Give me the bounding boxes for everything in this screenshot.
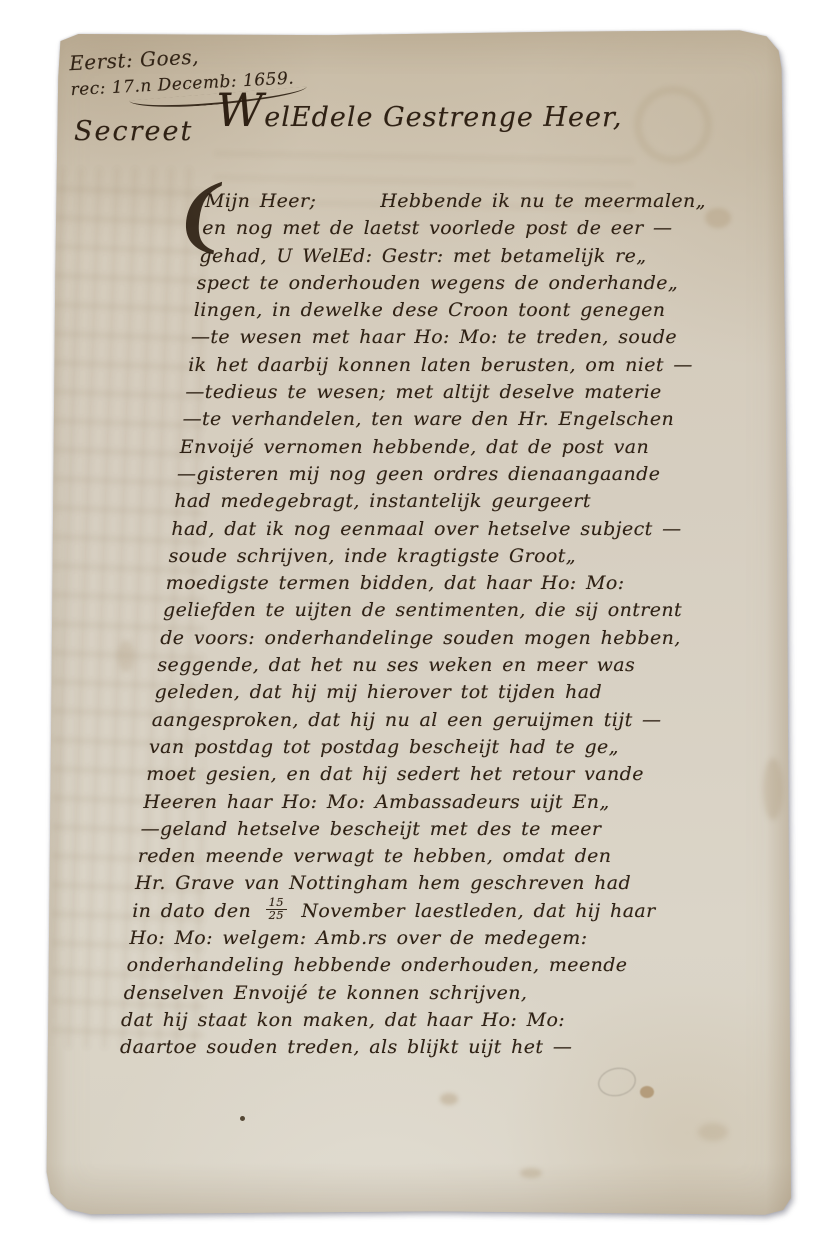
manuscript-line: gehad, U WelEd: Gestr: met betamelijk re…: [199, 243, 810, 270]
paper-sheet: Eerst: Goes, rec: 17.n Decemb: 1659. Sec…: [44, 28, 792, 1216]
watermark-ring: [634, 86, 712, 164]
manuscript-line: denselven Envoijé te konnen schrijven,: [124, 980, 810, 1007]
manuscript-line: in dato den 1525 November laestleden, da…: [132, 898, 810, 925]
manuscript-line: —gisteren mij nog geen ordres dienaangaa…: [177, 461, 810, 488]
manuscript-line: had, dat ik nog eenmaal over hetselve su…: [171, 516, 810, 543]
foxing-stain: [520, 1168, 542, 1178]
letter-body-lines: en nog met de laetst voorlede post de ee…: [120, 215, 810, 1061]
date-fraction: 1525: [266, 897, 287, 922]
letter-body: Mijn Heer; Hebbende ik nu te meermalen„ …: [120, 188, 810, 1062]
foxing-stain: [698, 1123, 728, 1141]
manuscript-line: had medegebragt, instantelijk geurgeert: [174, 488, 810, 515]
manuscript-line: van postdag tot postdag bescheijt had te…: [149, 734, 810, 761]
manuscript-line: lingen, in dewelke dese Croon toont gene…: [194, 297, 810, 324]
manuscript-line: —te verhandelen, ten ware den Hr. Engels…: [183, 406, 810, 433]
manuscript-line: —geland hetselve bescheijt met des te me…: [141, 816, 810, 843]
manuscript-line: —tedieus te wesen; met altijt deselve ma…: [185, 379, 810, 406]
manuscript-line: de voors: onderhandelinge souden mogen h…: [160, 625, 810, 652]
manuscript-line: seggende, dat het nu ses weken en meer w…: [157, 652, 810, 679]
manuscript-line: dat hij staat kon maken, dat haar Ho: Mo…: [121, 1007, 810, 1034]
pencil-mark: [596, 1064, 639, 1099]
manuscript-line: ik het daarbij konnen laten berusten, om…: [188, 352, 810, 379]
manuscript-page: Eerst: Goes, rec: 17.n Decemb: 1659. Sec…: [0, 0, 837, 1260]
manuscript-line: —te wesen met haar Ho: Mo: te treden, so…: [191, 324, 810, 351]
archival-docket: Eerst: Goes, rec: 17.n Decemb: 1659.: [69, 38, 308, 112]
manuscript-line-text: Hebbende ik nu te meermalen„: [380, 188, 706, 215]
manuscript-line: Ho: Mo: welgem: Amb.rs over de medegem:: [129, 925, 810, 952]
foxing-stain: [640, 1086, 654, 1098]
manuscript-line: moedigste termen bidden, dat haar Ho: Mo…: [166, 570, 810, 597]
manuscript-line: Mijn Heer; Hebbende ik nu te meermalen„: [205, 188, 810, 215]
secret-annotation: Secreet: [74, 116, 193, 147]
manuscript-line: reden meende verwagt te hebben, omdat de…: [138, 843, 810, 870]
manuscript-line: geliefden te uijten de sentimenten, die …: [163, 597, 810, 624]
manuscript-line: geleden, dat hij mij hierover tot tijden…: [155, 679, 810, 706]
foxing-stain: [440, 1093, 458, 1105]
manuscript-line: soude schrijven, inde kragtigste Groot„: [169, 543, 810, 570]
manuscript-line: Envoijé vernomen hebbende, dat de post v…: [180, 434, 810, 461]
manuscript-line: Hr. Grave van Nottingham hem geschreven …: [135, 870, 810, 897]
foxing-stain: [240, 1116, 245, 1121]
manuscript-line: aangesproken, dat hij nu al een geruijme…: [152, 707, 810, 734]
letter-opening: Mijn Heer;: [205, 188, 316, 215]
manuscript-line: spect te onderhouden wegens de onderhand…: [197, 270, 810, 297]
manuscript-line: moet gesien, en dat hij sedert het retou…: [146, 761, 810, 788]
manuscript-line: en nog met de laetst voorlede post de ee…: [202, 215, 810, 242]
manuscript-line: daartoe souden treden, als blijkt uijt h…: [120, 1034, 810, 1061]
manuscript-line: Heeren haar Ho: Mo: Ambassadeurs uijt En…: [143, 789, 810, 816]
manuscript-line: onderhandeling hebbende onderhouden, mee…: [127, 952, 810, 979]
photo-background: { "colors": { "background": "#ffffff", "…: [0, 0, 837, 1260]
salutation: WelEdele Gestrenge Heer,: [216, 102, 622, 133]
